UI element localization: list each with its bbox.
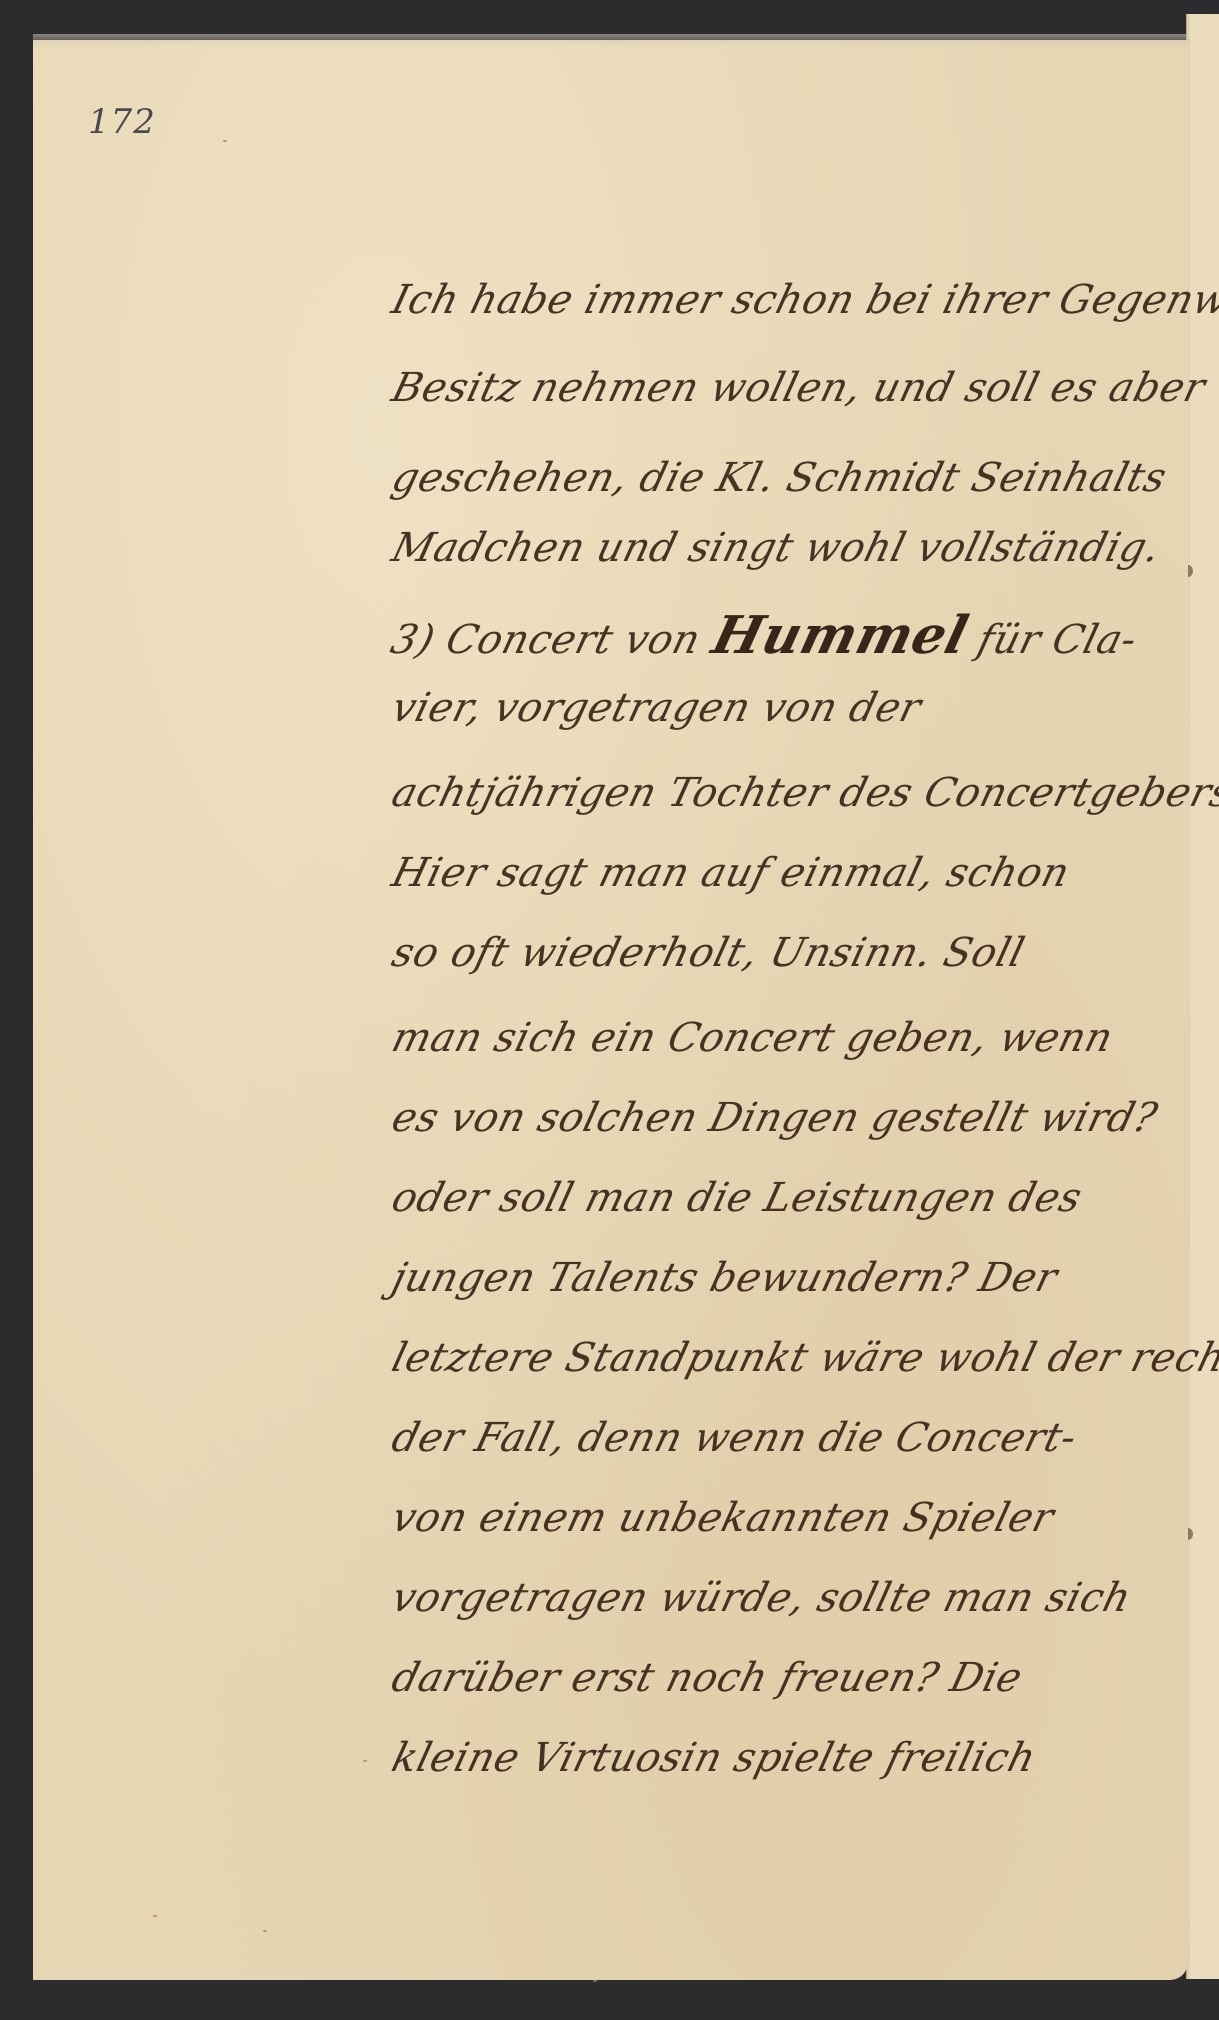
line-text: Hier sagt man auf einmal, schon [387,850,1074,896]
paper-speck [153,1915,157,1917]
torn-top-edge [33,34,1188,48]
line-text: geschehen, die Kl. Schmidt Seinhalts [387,455,1171,501]
line-text: vorgetragen würde, sollte man sich [387,1575,1136,1621]
emphasized-name: Hummel [706,605,974,666]
paper-speck [223,140,227,142]
manuscript-scan: 172 Ich habe immer schon bei ihrer Gegen… [0,0,1219,2020]
handwritten-line: vorgetragen würde, sollte man sich [387,1575,1136,1621]
handwritten-line: man sich ein Concert geben, wenn [387,1015,1117,1061]
handwritten-line: geschehen, die Kl. Schmidt Seinhalts [387,455,1171,501]
handwritten-line: vier, vorgetragen von der [387,685,926,731]
paper-speck [593,1980,597,1982]
line-text: so oft wiederholt, Unsinn. Soll [387,930,1029,976]
handwritten-line: Ich habe immer schon bei ihrer Gegenwart… [387,277,1219,323]
paper-speck [263,1930,267,1932]
line-text: Ich habe immer schon bei ihrer Gegenwart… [387,277,1219,323]
paper-speck [363,1760,367,1762]
folio-number: 172 [88,102,156,142]
line-text: vier, vorgetragen von der [387,685,926,731]
manuscript-page: 172 Ich habe immer schon bei ihrer Gegen… [33,40,1188,1980]
line-text-after: für Cla- [960,617,1142,663]
handwritten-line: so oft wiederholt, Unsinn. Soll [387,930,1029,976]
handwritten-line: Besitz nehmen wollen, und soll es aber [387,365,1210,411]
line-text: man sich ein Concert geben, wenn [387,1015,1117,1061]
line-text: kleine Virtuosin spielte freilich [387,1735,1040,1781]
handwritten-line: jungen Talents bewundern? Der [387,1255,1062,1301]
line-text: von einem unbekannten Spieler [387,1495,1058,1541]
line-text: darüber erst noch freuen? Die [387,1655,1027,1701]
handwritten-line: es von solchen Dingen gestellt wird? [387,1095,1162,1141]
handwritten-line: achtjährigen Tochter des Concertgebers. [387,770,1219,816]
handwritten-line: kleine Virtuosin spielte freilich [387,1735,1040,1781]
line-text: es von solchen Dingen gestellt wird? [387,1095,1162,1141]
line-text: der Fall, denn wenn die Concert- [387,1415,1081,1461]
handwritten-line: Hier sagt man auf einmal, schon [387,850,1074,896]
line-text: achtjährigen Tochter des Concertgebers. [387,770,1219,816]
line-text: 3) Concert von [386,617,718,663]
handwritten-line: oder soll man die Leistungen des [387,1175,1086,1221]
line-text: Madchen und singt wohl vollständig. [387,525,1165,571]
handwritten-line: 3) Concert von Hummel für Cla- [385,605,1144,666]
line-text: Besitz nehmen wollen, und soll es aber [387,365,1210,411]
handwritten-line: der Fall, denn wenn die Concert- [387,1415,1081,1461]
handwritten-line: von einem unbekannten Spieler [387,1495,1058,1541]
line-text: letztere Standpunkt wäre wohl der rechte [387,1335,1219,1381]
handwritten-line: darüber erst noch freuen? Die [387,1655,1027,1701]
line-text: jungen Talents bewundern? Der [387,1255,1062,1301]
line-text: oder soll man die Leistungen des [387,1175,1086,1221]
handwritten-line: Madchen und singt wohl vollständig. [387,525,1165,571]
handwritten-line: letztere Standpunkt wäre wohl der rechte [387,1335,1219,1381]
